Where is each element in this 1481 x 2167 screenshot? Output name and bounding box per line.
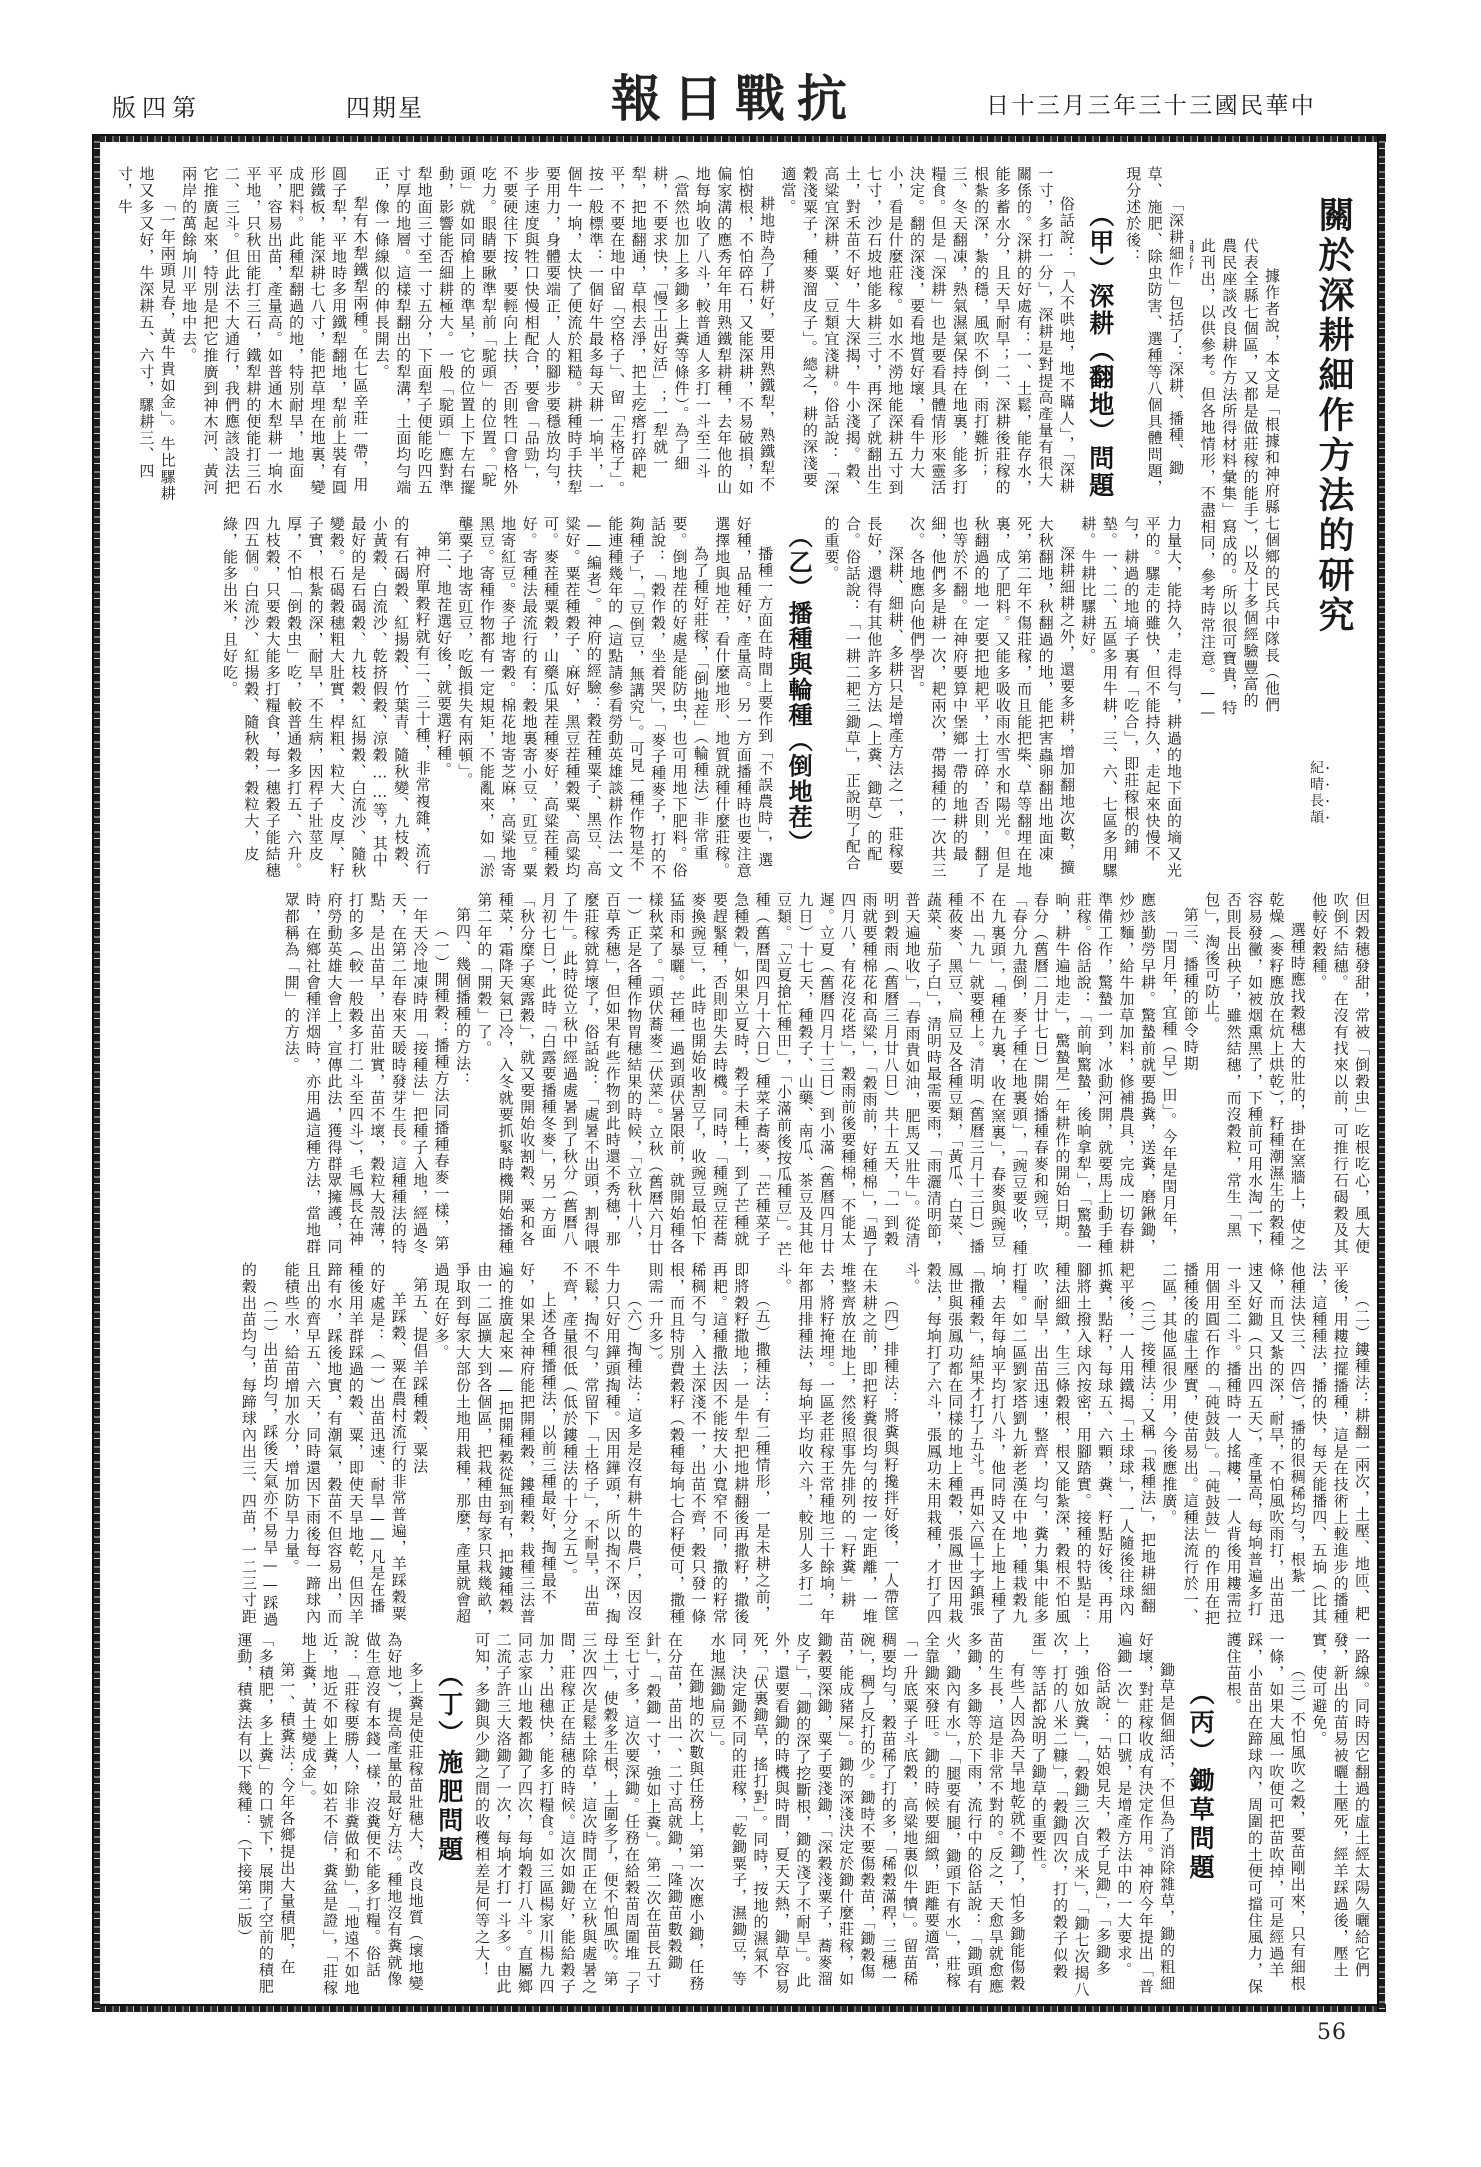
editor-note: 據作者說，本文是「根據和神府縣七個鄉的民兵中隊長（他們代表全縣七個區，又都是做莊… — [1190, 238, 1282, 724]
subsection-heading: 第二、地茬選好後，就要選籽種。 — [433, 516, 454, 882]
paragraph: 多上糞是使莊稼苗壯穗大，改良地質（壞地變為好地），提高產量的最好方法。種地沒有糞… — [297, 1632, 425, 2000]
paragraph: （一）開種穀：播種方法同播種春麥一樣，第一年天冷地凍時用「接種法」把種子入地，經… — [280, 892, 451, 1258]
paragraph: 耕地時為了耕好，要用熟鐵犁，熟鐵犁不怕樹根，不怕碎石，又能深耕，不易破損，如偏家… — [370, 166, 777, 502]
paragraph: 「深耕細作」包括了：深耕、播種、鋤草、施肥、除虫防害、選種等八個具體問題，現分述… — [1122, 166, 1186, 502]
paragraph: （二）出苗均勻，踩後天氣亦不易旱——踩過的穀出苗均勻，每蹄球內出三、四苗，一二三… — [237, 1262, 280, 1628]
paragraph: 「閏月年，宜種（早）田」。今年是閏月年，應該勤勞早耕。驚蟄前就要搗糞，送糞，磨鍬… — [473, 892, 1179, 1258]
paragraph: （三）接種法：又稱「栽種法」，把地耕細翻耙平後，一人用鐵揭「土球球」，一人隨後往… — [901, 1262, 1158, 1628]
frame-bottom-border — [92, 2004, 1386, 2012]
frame-left-border — [92, 134, 100, 2012]
paragraph: 鋤草是個細活，不但為了消除雜草，鋤的粗細好壞，對莊稼收成有決定作用。神府今年提出… — [1113, 1632, 1177, 2000]
edition-label: 第四版 — [112, 96, 202, 120]
paragraph: 第一、積糞法：今年各鄉提出大量積肥，在「多積肥，多上糞」的口號下，展開了空前的積… — [233, 1632, 297, 2000]
paragraph: 深耕、細耕、多耕只是增產方法之一，莊稼要長好，還得有其他許多方法（上糞、鋤草）的… — [820, 516, 906, 882]
band-a-upper: 「深耕細作」包括了：深耕、播種、鋤草、施肥、除虫防害、選種等八個具體問題，現分述… — [104, 166, 1186, 502]
paragraph: 播種一方面在時間上要作到「不誤農時」，選好種，品種好，產量高。另一方面播種時也要… — [711, 516, 775, 882]
paragraph-continued: 但因穀穗發甜，常被「倒穀虫」吃根吃心，風大便吹倒不結穗。在沒有找來以前，可推行石… — [1308, 892, 1372, 1258]
paragraph: 神府單穀籽就有二、三十種，非常複雜，流行的有石碣穀、紅揚穀、竹葉青、隨秋變、九枝… — [219, 516, 433, 882]
paragraph: 在鋤地的次數與任務上，第一次應小鋤，任務在分苗，苗出一、二寸高就鋤，「隆鋤苗數穀… — [471, 1632, 706, 2000]
paragraph: 俗話說：「姑娘見夫，穀子見鋤」，「多鋤多上，強如放糞」，「穀鋤三次自成米」，「鋤… — [1027, 1632, 1113, 2000]
paragraph: （三）不怕風吹之穀，要苗剛出來，只有細根一條，如果大風一吹便可把苗吹掉，可是經過… — [1222, 1632, 1308, 2000]
section-heading-bing: （丙）鋤草問題 — [1183, 1632, 1217, 2000]
paragraph: 羊踩穀、粟在農村流行的非常普遍，羊踩穀粟的好處是：（一）出苗迅速、耐旱——凡是在… — [280, 1262, 408, 1628]
newspaper-masthead: 抗戰日報 — [611, 74, 859, 124]
band-b: 但因穀穗發甜，常被「倒穀虫」吃根吃心，風大便吹倒不結穗。在沒有找來以前，可推行石… — [104, 892, 1372, 1258]
paragraph-continued: 一路線。同時因它翻過的虛土經太陽久曬給它們發，新出的苗易被曬土壓死，經羊踩過後，… — [1308, 1632, 1372, 2000]
paragraph: 「一年兩頭見春，黃牛貴如金」。牛比騾耕地又多又好，牛深耕五、六寸，騾耕三、四寸，… — [114, 166, 178, 502]
section-heading-jia: （甲）深耕（翻地）問題 — [1083, 166, 1117, 502]
page-number: 56 — [1317, 2020, 1347, 2045]
band-c: （二）鏤種法：耕翻一兩次，土壓、地匝、耙平後，用耬拉擺播種，這是在技術上較進步的… — [104, 1262, 1372, 1628]
band-a-lower: 力量大，能持久，走得勻，耕過的地下面的墒又光平的。騾走的雖快，但不能持久，走起來… — [104, 516, 1184, 882]
paragraph: 有些人因為天旱地乾就不鋤了，怕多鋤能傷穀苗的生長，這是非常不對的。反之，天愈旱就… — [706, 1632, 1027, 2000]
frame-right-border — [1377, 134, 1385, 2012]
band-d: 一路線。同時因它翻過的虛土經太陽久曬給它們發，新出的苗易被曬土壓死，經羊踩過後，… — [104, 1632, 1372, 2000]
subsection-heading: 第五、提倡羊踩種穀、粟法 — [409, 1262, 430, 1628]
paragraph: 俗話說：「人不哄地，地不瞞人」，「深耕一寸，多打一分」，深耕是對提高產量有很大關… — [777, 166, 1077, 502]
paragraph: （五）撒種法：有二種情形，一是未耕之前，即將穀籽撒地；一是牛犁把地耕翻後再撒籽，… — [644, 1262, 772, 1628]
paragraph: 深耕細耕之外，還要多耕，增加翻地次數，擴大秋翻地，秋翻過的地，能把害蟲卵翻出地面… — [906, 516, 1077, 882]
paragraph-continued: 力量大，能持久，走得勻，耕過的地下面的墒又光平的。騾走的雖快，但不能持久，走起來… — [1077, 516, 1184, 882]
paragraph: （六）掏種法：這多是沒有耕牛的農戶，因沒牛力只好用鏵頭掏種。因用鏵頭，所以掏不深… — [559, 1262, 645, 1628]
article-title: 關於深耕細作方法的研究 — [1309, 196, 1357, 644]
weekday-label: 星期四 — [346, 96, 424, 120]
editor-note-text: 據作者說，本文是「根據和神府縣七個鄉的民兵中隊長（他們代表全縣七個區，又都是做莊… — [1190, 238, 1282, 724]
paragraph: 為了種好莊稼，「倒地茬」（輪種法）非常重要。倒地茬的好處是能防虫，也可用地下肥料… — [454, 516, 711, 882]
section-heading-yi: （乙）播種與輪種（倒地茬） — [781, 516, 815, 882]
paragraph: 選種時應找穀穗大的壯的，掛在窯牆上，使之乾燥（麥籽應放在炕上烘乾），籽種潮濕生的… — [1201, 892, 1308, 1258]
paragraph: 上述各種播種法，以前三種最好，掏種最不好，如果全神府能把開種穀，鏤種穀，栽種三法… — [430, 1262, 558, 1628]
section-heading-ding: （丁）施肥問題 — [432, 1632, 466, 2000]
paragraph: （四）排種法：將糞與籽攙拌好後，一人帶筐在未耕之前，即把籽糞很均勻的按一定距離，… — [773, 1262, 901, 1628]
article-byline: 紀晴長頡 — [1308, 760, 1332, 840]
issue-date: 中華民國三十三年三月三十日 — [986, 95, 1316, 118]
subsection-heading: 第四、幾個播種的方法： — [452, 892, 473, 1258]
frame-top-border — [92, 134, 1386, 142]
paragraph: 犁有木犁鐵犁兩種。在七區辛莊一帶，用圓子犁，平地時多用鐵犁翻地，犁前上裝有圓形鐵… — [178, 166, 371, 502]
subsection-heading: 第三、播種的節令時期 — [1179, 892, 1200, 1258]
paragraph: （二）鏤種法：耕翻一兩次，土壓、地匝、耙平後，用耬拉擺播種，這是在技術上較進步的… — [1158, 1262, 1372, 1628]
